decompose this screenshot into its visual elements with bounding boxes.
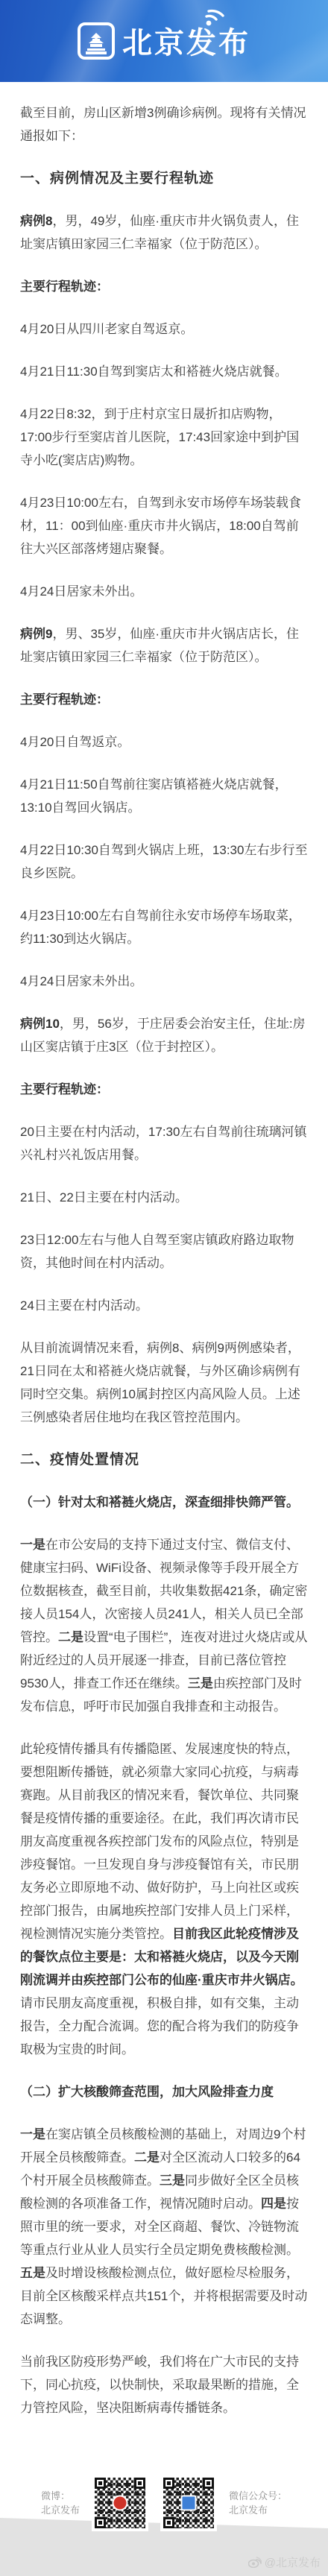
pagoda-icon [78,22,115,60]
paragraph: 4月20日从四川老家自驾返京。 [20,318,308,341]
wechat-qr-pattern [163,2478,214,2528]
weibo-watermark: @北京发布 [248,2554,321,2570]
paragraph: 4月23日10:00左右，自驾到永安市场停车场装载食材，11：00到仙座·重庆市… [20,491,308,561]
logo-wordmark: 北京发布 [122,24,250,58]
paragraph: 病例9，男、35岁，仙座·重庆市井火锅店店长，住址窦店镇田家园三仁幸福家（位于防… [20,622,308,669]
footer: 微博： 北京发布 微信公众号： 北京发布 @北京发布 [0,2443,328,2576]
article-body: 截至目前，房山区新增3例确诊病例。现将有关情况通报如下：一、病例情况及主要行程轨… [0,82,328,2443]
weibo-qr-label: 微博： 北京发布 [41,2489,80,2517]
paragraph: 4月24日居家未外出。 [20,580,308,603]
paragraph: 病例10，男，56岁，于庄居委会治安主任，住址:房山区窦店镇于庄3区（位于封控区… [20,1012,308,1058]
paragraph: 20日主要在村内活动，17:30左右自驾前往琉璃河镇兴礼村兴礼饭店用餐。 [20,1120,308,1167]
paragraph: 一是在市公安局的支持下通过支付宝、微信支付、健康宝扫码、WiFi设备、视频录像等… [20,1533,308,1718]
weibo-logo-icon [113,2495,128,2511]
weibo-qr-pattern [95,2478,145,2528]
wechat-logo-icon [181,2495,197,2511]
paragraph: 截至目前，房山区新增3例确诊病例。现将有关情况通报如下： [20,101,308,148]
weibo-eye-icon [248,2557,262,2568]
paragraph: 4月21日11:30自驾到窦店太和褡裢火烧店就餐。 [20,360,308,383]
section-heading: 二、疫情处置情况 [20,1448,308,1471]
paragraph: 23日12:00左右与他人自驾至窦店镇政府路边取物资，其他时间在村内活动。 [20,1228,308,1275]
paragraph: 4月22日10:30自驾到火锅店上班，13:30左右步行至良乡医院。 [20,839,308,885]
paragraph: 一是在窦店镇全员核酸检测的基础上，对周边9个村开展全员核酸筛查。二是对全区流动人… [20,2123,308,2331]
weibo-qr-code [92,2475,148,2531]
paragraph: 此轮疫情传播具有传播隐匿、发展速度快的特点，要想阻断传播链，就必须靠大家同心抗疫… [20,1737,308,2061]
paragraph: 21日、22日主要在村内活动。 [20,1186,308,1209]
paragraph: 主要行程轨迹： [20,1078,308,1101]
paragraph: 主要行程轨迹： [20,275,308,298]
paragraph: （一）针对太和褡裢火烧店，深查细排快筛严管。 [20,1491,308,1514]
paragraph: （二）扩大核酸筛查范围，加大风险排查力度 [20,2080,308,2103]
paragraph: 从目前流调情况来看，病例8、病例9两例感染者，21日同在太和褡裢火烧店就餐，与外… [20,1336,308,1429]
paragraph: 病例8，男，49岁，仙座·重庆市井火锅负责人，住址窦店镇田家园三仁幸福家（位于防… [20,209,308,256]
paragraph: 当前我区防疫形势严峻，我们将在广大市民的支持下，同心抗疫，以快制快，采取最果断的… [20,2350,308,2419]
qr-row: 微博： 北京发布 微信公众号： 北京发布 [0,2475,328,2531]
wechat-qr-code [160,2475,217,2531]
wechat-qr-label: 微信公众号： 北京发布 [229,2489,287,2517]
paragraph: 主要行程轨迹： [20,688,308,711]
section-heading: 一、病例情况及主要行程轨迹 [20,167,308,190]
paragraph: 4月24日居家未外出。 [20,970,308,993]
paragraph: 4月22日8:32，到于庄村京宝日晟折扣店购物，17:00步行至窦店首儿医院，1… [20,402,308,472]
paragraph: 24日主要在村内活动。 [20,1294,308,1317]
broadcast-waves-icon [203,9,225,27]
beijing-fabu-logo: 北京发布 [78,22,250,60]
paragraph: 4月20日自驾返京。 [20,730,308,754]
paragraph: 4月23日10:00左右自驾前往永安市场停车场取菜，约11:30到达火锅店。 [20,904,308,950]
header-banner: 北京发布 [0,0,328,82]
paragraph: 4月21日11:50自驾前往窦店镇褡裢火烧店就餐，13:10自驾回火锅店。 [20,773,308,819]
